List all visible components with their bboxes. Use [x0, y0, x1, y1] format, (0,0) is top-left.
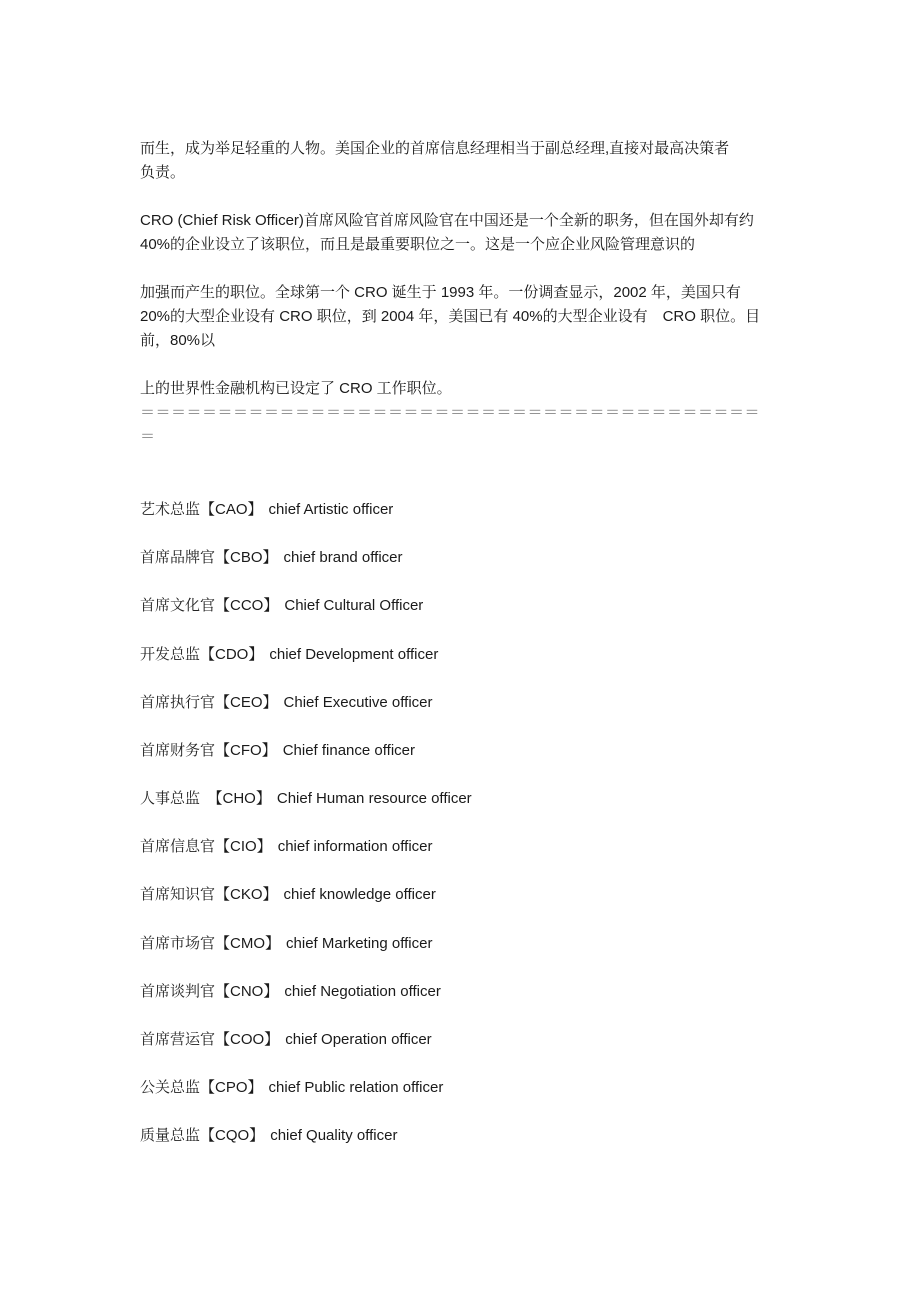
paragraph-line: 上的世界性金融机构已设定了 CRO 工作职位。 [140, 379, 452, 399]
title-en: chief Operation officer [285, 1031, 431, 1048]
title-cn: 艺术总监 [140, 501, 200, 518]
title-cn: 首席财务官 [140, 742, 215, 759]
title-cn: 开发总监 [140, 646, 200, 663]
title-entry-cfo: 首席财务官【CFO】Chief finance officer [140, 741, 415, 761]
title-entry-cio: 首席信息官【CIO】chief information officer [140, 837, 433, 857]
title-en: chief Public relation officer [269, 1079, 444, 1096]
title-abbr: 【CHO】 [215, 790, 271, 807]
paragraph-line: 而生，成为举足轻重的人物。美国企业的首席信息经理相当于副总经理,直接对最高决策者 [140, 139, 729, 159]
title-entry-cco: 首席文化官【CCO】Chief Cultural Officer [140, 596, 423, 616]
paragraph-line: CRO (Chief Risk Officer)首席风险官首席风险官在中国还是一… [140, 211, 754, 231]
title-abbr: 【CPO】 [200, 1079, 263, 1096]
separator-line: ＝＝＝＝＝＝＝＝＝＝＝＝＝＝＝＝＝＝＝＝＝＝＝＝＝＝＝＝＝＝＝＝＝＝＝＝＝＝＝＝ [140, 403, 760, 423]
title-entry-cdo: 开发总监【CDO】chief Development officer [140, 645, 438, 665]
title-cn: 首席营运官 [140, 1031, 215, 1048]
title-cn: 首席知识官 [140, 886, 215, 903]
title-en: Chief Human resource officer [277, 790, 472, 807]
title-en: chief information officer [278, 838, 433, 855]
title-entry-cho: 人事总监 【CHO】Chief Human resource officer [140, 789, 472, 809]
title-cn: 首席品牌官 [140, 549, 215, 566]
title-entry-cmo: 首席市场官【CMO】chief Marketing officer [140, 934, 432, 954]
title-entry-cno: 首席谈判官【CNO】chief Negotiation officer [140, 982, 441, 1002]
paragraph-line: 负责。 [140, 163, 185, 183]
title-en: chief Negotiation officer [284, 983, 440, 1000]
title-cn: 首席谈判官 [140, 983, 215, 1000]
title-cn: 质量总监 [140, 1127, 200, 1144]
title-entry-cpo: 公关总监【CPO】chief Public relation officer [140, 1078, 443, 1098]
title-abbr: 【CKO】 [215, 886, 278, 903]
title-entry-ceo: 首席执行官【CEO】Chief Executive officer [140, 693, 433, 713]
title-abbr: 【CDO】 [200, 646, 263, 663]
separator-line: ＝ [140, 427, 156, 447]
title-cn: 首席执行官 [140, 694, 215, 711]
title-en: chief Development officer [269, 646, 438, 663]
title-entry-cbo: 首席品牌官【CBO】chief brand officer [140, 548, 403, 568]
title-en: Chief Cultural Officer [284, 597, 423, 614]
paragraph-line: 40%的企业设立了该职位，而且是最重要职位之一。这是一个应企业风险管理意识的 [140, 235, 695, 255]
title-en: Chief Executive officer [284, 694, 433, 711]
title-en: Chief finance officer [283, 742, 415, 759]
title-abbr: 【CEO】 [215, 694, 278, 711]
title-abbr: 【CFO】 [215, 742, 277, 759]
title-cn: 公关总监 [140, 1079, 200, 1096]
paragraph-line: 加强而产生的职位。全球第一个 CRO 诞生于 1993 年。一份调查显示，200… [140, 283, 741, 303]
title-abbr: 【CMO】 [215, 935, 280, 952]
title-cn: 首席市场官 [140, 935, 215, 952]
title-abbr: 【COO】 [215, 1031, 279, 1048]
title-cn: 人事总监 [140, 790, 215, 807]
title-entry-cko: 首席知识官【CKO】chief knowledge officer [140, 885, 436, 905]
title-abbr: 【CNO】 [215, 983, 278, 1000]
title-en: chief brand officer [284, 549, 403, 566]
title-en: chief Quality officer [270, 1127, 397, 1144]
title-entry-cqo: 质量总监【CQO】chief Quality officer [140, 1126, 397, 1146]
title-abbr: 【CQO】 [200, 1127, 264, 1144]
title-entry-cao: 艺术总监【CAO】chief Artistic officer [140, 500, 393, 520]
paragraph-line: 前，80%以 [140, 331, 215, 351]
title-abbr: 【CBO】 [215, 549, 278, 566]
title-cn: 首席信息官 [140, 838, 215, 855]
title-en: chief knowledge officer [284, 886, 436, 903]
title-abbr: 【CAO】 [200, 501, 263, 518]
title-cn: 首席文化官 [140, 597, 215, 614]
title-en: chief Marketing officer [286, 935, 432, 952]
paragraph-line: 20%的大型企业设有 CRO 职位，到 2004 年，美国已有 40%的大型企业… [140, 307, 760, 327]
title-entry-coo: 首席营运官【COO】chief Operation officer [140, 1030, 432, 1050]
title-abbr: 【CIO】 [215, 838, 272, 855]
title-en: chief Artistic officer [269, 501, 394, 518]
title-abbr: 【CCO】 [215, 597, 278, 614]
